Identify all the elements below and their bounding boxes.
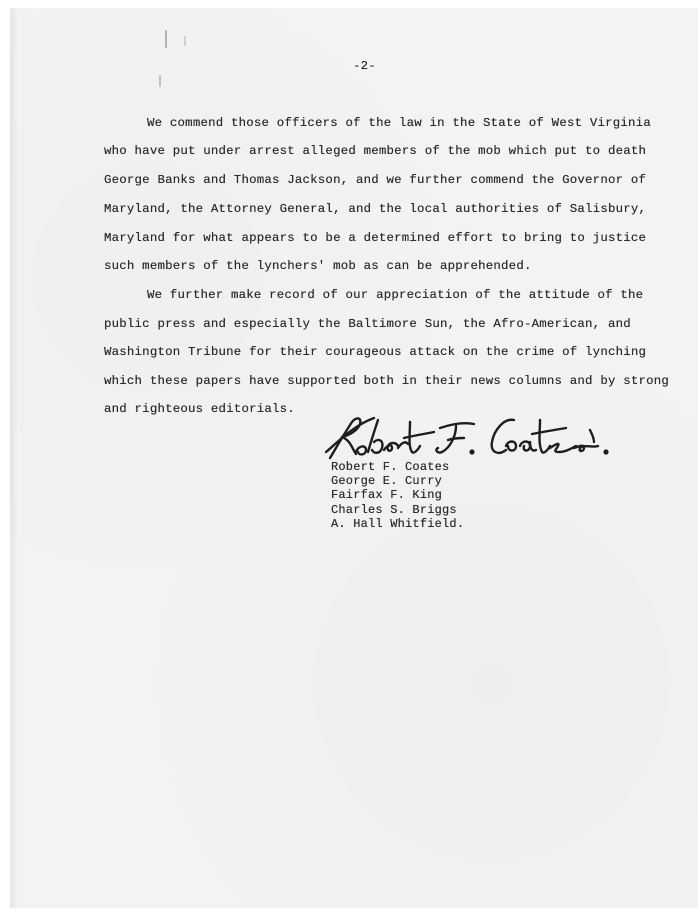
- paragraph-1-line-1: We commend those officers of the law in …: [147, 116, 651, 130]
- paragraph-1-line-5: Maryland for what appears to be a determ…: [104, 231, 646, 245]
- signatory-name: Charles S. Briggs: [331, 503, 457, 518]
- handwritten-signature: Robert F. Coates.: [322, 408, 612, 468]
- signatory-name: Robert F. Coates: [331, 460, 449, 475]
- paragraph-2-line-5: and righteous editorials.: [104, 402, 295, 416]
- signatory-name: A. Hall Whitfield.: [331, 517, 464, 532]
- paragraph-1-line-4: Maryland, the Attorney General, and the …: [104, 202, 646, 216]
- paragraph-2-line-3: Washington Tribune for their courageous …: [104, 345, 646, 359]
- page-number: -2-: [353, 59, 376, 73]
- paragraph-1-line-3: George Banks and Thomas Jackson, and we …: [104, 173, 646, 187]
- page-edge-shadow: [10, 8, 18, 908]
- paragraph-1-line-6: such members of the lynchers' mob as can…: [104, 259, 532, 273]
- stray-mark: [159, 75, 161, 87]
- signatory-name: George E. Curry: [331, 474, 442, 489]
- paragraph-2-line-1: We further make record of our appreciati…: [147, 288, 643, 302]
- paragraph-1-line-2: who have put under arrest alleged member…: [104, 144, 646, 158]
- paragraph-2-line-4: which these papers have supported both i…: [104, 374, 669, 388]
- stray-mark: [184, 36, 186, 46]
- signatory-name: Fairfax F. King: [331, 488, 442, 503]
- paragraph-2-line-2: public press and especially the Baltimor…: [104, 317, 631, 331]
- stray-mark: [165, 30, 167, 48]
